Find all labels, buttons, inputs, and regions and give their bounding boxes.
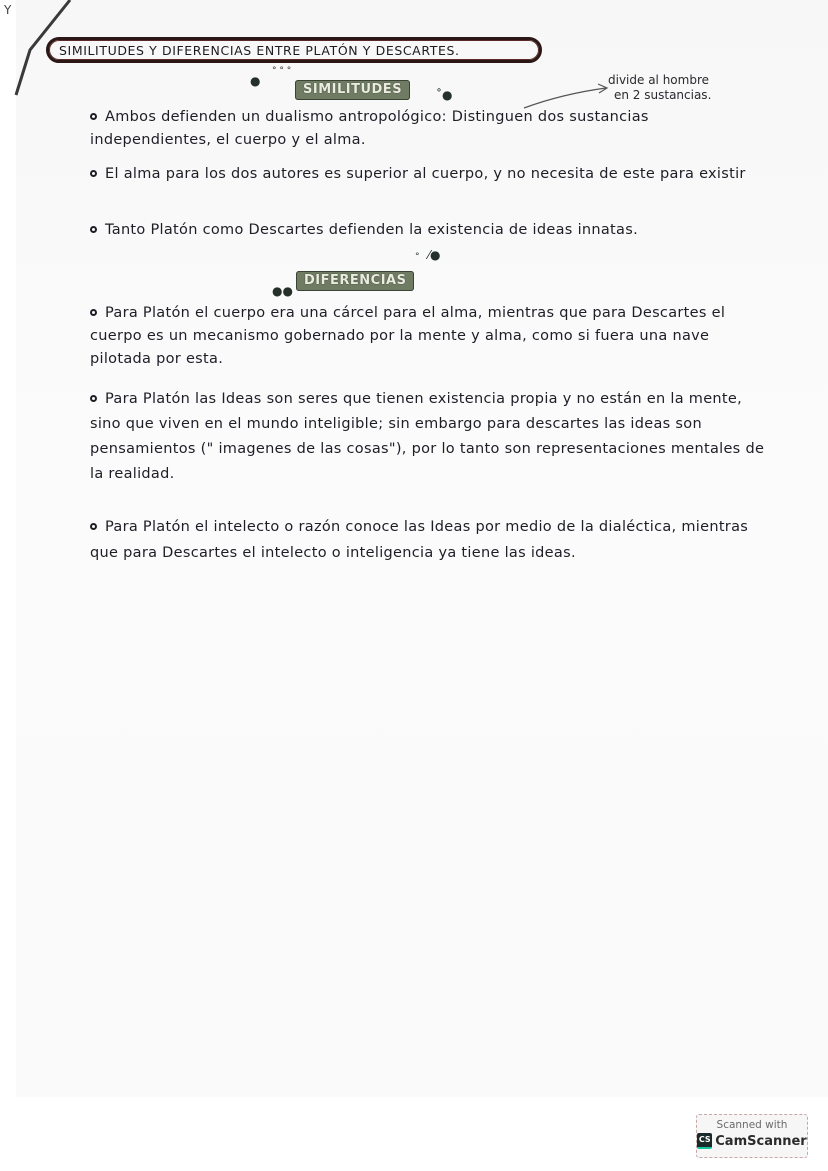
- dots-decoration-icon: °: [415, 252, 420, 262]
- list-item: Para Platón el intelecto o razón conoce …: [90, 514, 770, 566]
- bullet-icon: [90, 170, 97, 177]
- section-heading-similitudes: Similitudes: [295, 80, 410, 100]
- bullet-text: Para Platón el intelecto o razón conoce …: [90, 519, 748, 561]
- title-text: Similitudes y diferencias entre Platón y…: [59, 43, 460, 58]
- bullet-text: Tanto Platón como Descartes defienden la…: [105, 222, 638, 238]
- camscanner-watermark: Scanned with CS CamScanner: [696, 1114, 808, 1158]
- document-title: Similitudes y diferencias entre Platón y…: [46, 37, 542, 63]
- list-item: El alma para los dos autores es superior…: [90, 163, 770, 186]
- bullet-text: El alma para los dos autores es superior…: [105, 166, 746, 182]
- splash-decoration-icon: ˚●: [436, 88, 452, 102]
- list-item: Ambos defienden un dualismo antropológic…: [90, 106, 770, 152]
- bullet-icon: [90, 309, 97, 316]
- splash-decoration-icon: ⁄●: [428, 248, 440, 262]
- bullet-text: Ambos defienden un dualismo antropológic…: [90, 109, 649, 148]
- section-heading-diferencias: Diferencias: [296, 271, 414, 291]
- bullet-icon: [90, 523, 97, 530]
- dots-decoration-icon: ° ° °: [272, 66, 291, 76]
- splash-decoration-icon: ●: [250, 74, 260, 88]
- bullet-text: Para Platón las Ideas son seres que tien…: [90, 391, 764, 482]
- list-item: Para Platón las Ideas son seres que tien…: [90, 387, 770, 487]
- bullet-icon: [90, 226, 97, 233]
- list-item: Tanto Platón como Descartes defienden la…: [90, 219, 770, 242]
- bullet-text: Para Platón el cuerpo era una cárcel par…: [90, 305, 725, 367]
- bullet-icon: [90, 113, 97, 120]
- splash-decoration-icon: ●●: [272, 284, 293, 298]
- watermark-caption: Scanned with: [697, 1119, 807, 1131]
- side-note: divide al hombre en 2 sustancias.: [608, 73, 711, 103]
- list-item: Para Platón el cuerpo era una cárcel par…: [90, 302, 770, 371]
- bullet-icon: [90, 395, 97, 402]
- watermark-brand: CamScanner: [715, 1134, 806, 1149]
- side-note-line: en 2 sustancias.: [608, 88, 711, 103]
- camscanner-logo-icon: CS: [697, 1133, 712, 1149]
- svg-text:Y: Y: [3, 3, 12, 17]
- side-note-line: divide al hombre: [608, 73, 711, 88]
